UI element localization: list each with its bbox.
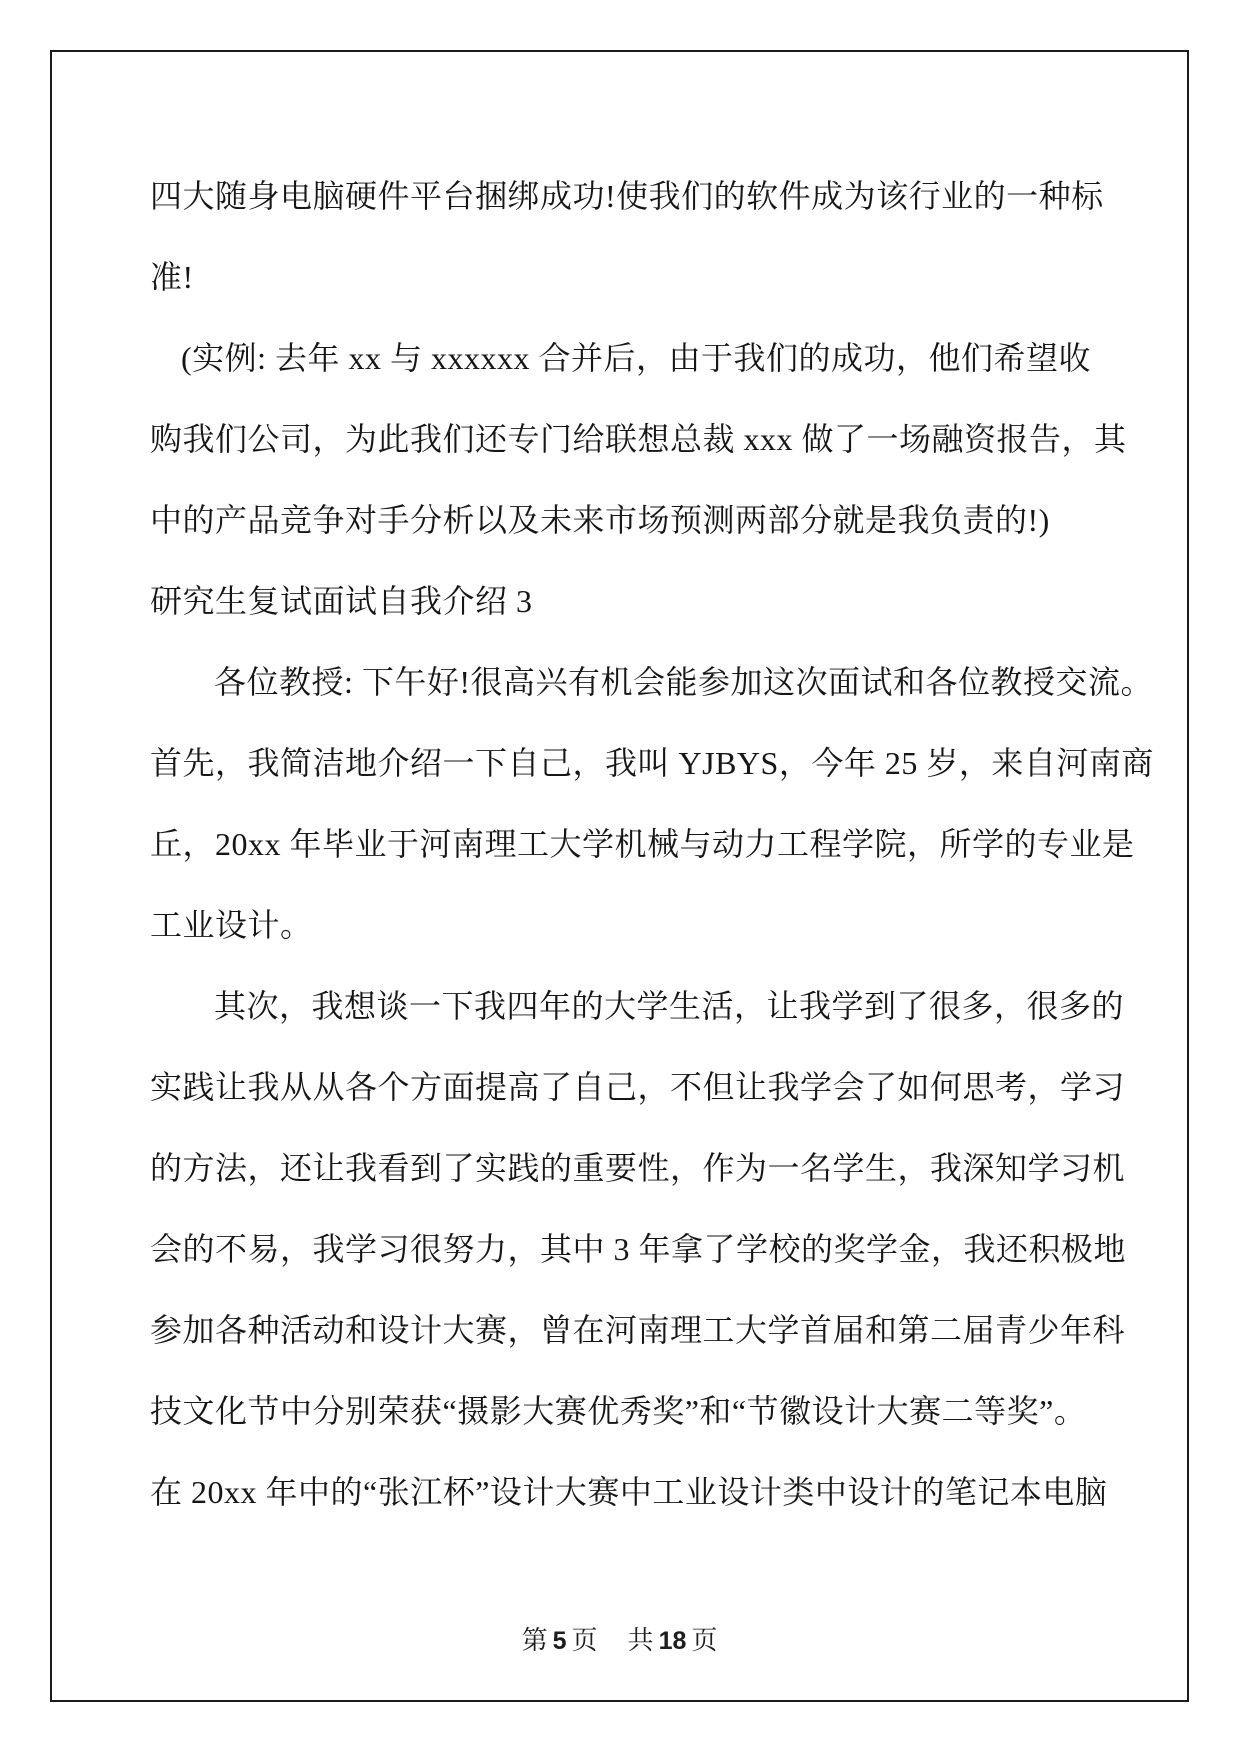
text-line: 四大随身电脑硬件平台捆绑成功!使我们的软件成为该行业的一种标 xyxy=(150,156,1155,237)
section-heading: 研究生复试面试自我介绍 3 xyxy=(150,561,1155,642)
text-line: (实例: 去年 xx 与 xxxxxx 合并后，由于我们的成功，他们希望收 xyxy=(150,318,1155,399)
text-line: 会的不易，我学习很努力，其中 3 年拿了学校的奖学金，我还积极地 xyxy=(150,1209,1155,1290)
page-count-unit: 页 xyxy=(691,1626,717,1655)
document-page: 四大随身电脑硬件平台捆绑成功!使我们的软件成为该行业的一种标 准! (实例: 去… xyxy=(0,0,1241,1754)
text-line: 丘，20xx 年毕业于河南理工大学机械与动力工程学院，所学的专业是 xyxy=(150,804,1155,885)
text-line: 购我们公司，为此我们还专门给联想总裁 xxx 做了一场融资报告，其 xyxy=(150,399,1155,480)
page-count-label: 共 xyxy=(628,1626,654,1655)
text-line: 实践让我从从各个方面提高了自己，不但让我学会了如何思考，学习 xyxy=(150,1047,1155,1128)
text-line: 其次，我想谈一下我四年的大学生活，让我学到了很多，很多的 xyxy=(150,966,1155,1047)
text-line: 参加各种活动和设计大赛，曾在河南理工大学首届和第二届青少年科 xyxy=(150,1290,1155,1371)
page-number-unit: 页 xyxy=(572,1626,598,1655)
text-line: 首先，我简洁地介绍一下自己，我叫 YJBYS，今年 25 岁，来自河南商 xyxy=(150,723,1155,804)
page-number-current: 5 xyxy=(548,1627,572,1655)
text-line: 各位教授: 下午好!很高兴有机会能参加这次面试和各位教授交流。 xyxy=(150,642,1155,723)
document-body: 四大随身电脑硬件平台捆绑成功!使我们的软件成为该行业的一种标 准! (实例: 去… xyxy=(150,156,1155,1533)
text-line: 在 20xx 年中的“张江杯”设计大赛中工业设计类中设计的笔记本电脑 xyxy=(150,1452,1155,1533)
text-line: 工业设计。 xyxy=(150,885,1155,966)
page-number-label: 第 xyxy=(522,1626,548,1655)
text-line: 准! xyxy=(150,237,1155,318)
text-line: 中的产品竞争对手分析以及未来市场预测两部分就是我负责的!) xyxy=(150,480,1155,561)
page-count-total: 18 xyxy=(654,1627,692,1655)
text-line: 技文化节中分别荣获“摄影大赛优秀奖”和“节徽设计大赛二等奖”。 xyxy=(150,1371,1155,1452)
text-line: 的方法，还让我看到了实践的重要性，作为一名学生，我深知学习机 xyxy=(150,1128,1155,1209)
page-footer: 第5页共18页 xyxy=(50,1624,1189,1658)
